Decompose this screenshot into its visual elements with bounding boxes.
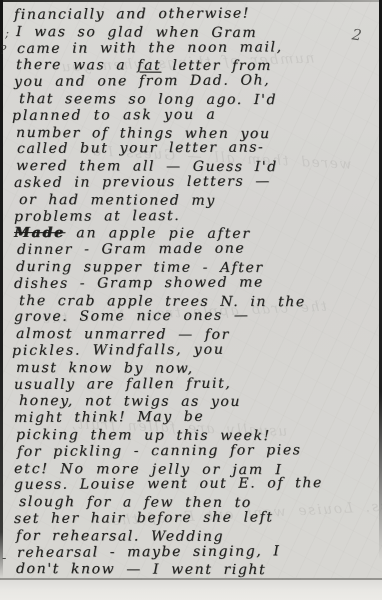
scan-edge-left [0,0,3,578]
letter-scan: number of things when you wered them all… [0,0,382,600]
handwriting-block: financially and otherwise! I was so glad… [14,7,376,578]
handwriting-line: pickles. Windfalls, you [12,341,376,360]
handwriting-line: don't know — I went right [16,561,378,579]
handwriting-line: grove. Some nice ones — [14,307,376,326]
handwriting-line: dishes - Gramp showed me [14,274,376,293]
handwriting-line: came in with the noon mail, [17,38,376,57]
underlined-word: fat [137,58,161,74]
handwriting-line: guess. Louise went out E. of the [14,475,376,494]
paper-bottom-backing [0,580,382,600]
handwriting-line: problems at least. [14,206,376,225]
handwriting-line: you and one from Dad. Oh, [14,72,376,91]
margin-mark: ; [5,26,9,40]
handwriting-line: asked in previous letters — [14,173,376,192]
margin-mark: ? [0,43,6,57]
handwriting-line: usually are fallen fruit, [14,374,376,393]
handwriting-line: dinner - Gram made one [17,240,376,259]
handwriting-line: called but your letter ans- [17,139,376,158]
handwriting-line: rehearsal - maybe singing, I [17,542,376,561]
overwritten-word: Made [14,225,65,241]
line-text: there was a [16,57,137,74]
handwriting-line: for pickling - canning for pies [17,442,376,461]
handwriting-line: planned to ask you a [12,106,376,125]
scan-edge-top [0,0,382,2]
handwriting-line: financially and otherwise! [14,5,376,24]
handwriting-line: set her hair before she left [14,509,376,528]
margin-mark: - [2,551,6,566]
handwriting-line: might think! May be [14,408,376,427]
